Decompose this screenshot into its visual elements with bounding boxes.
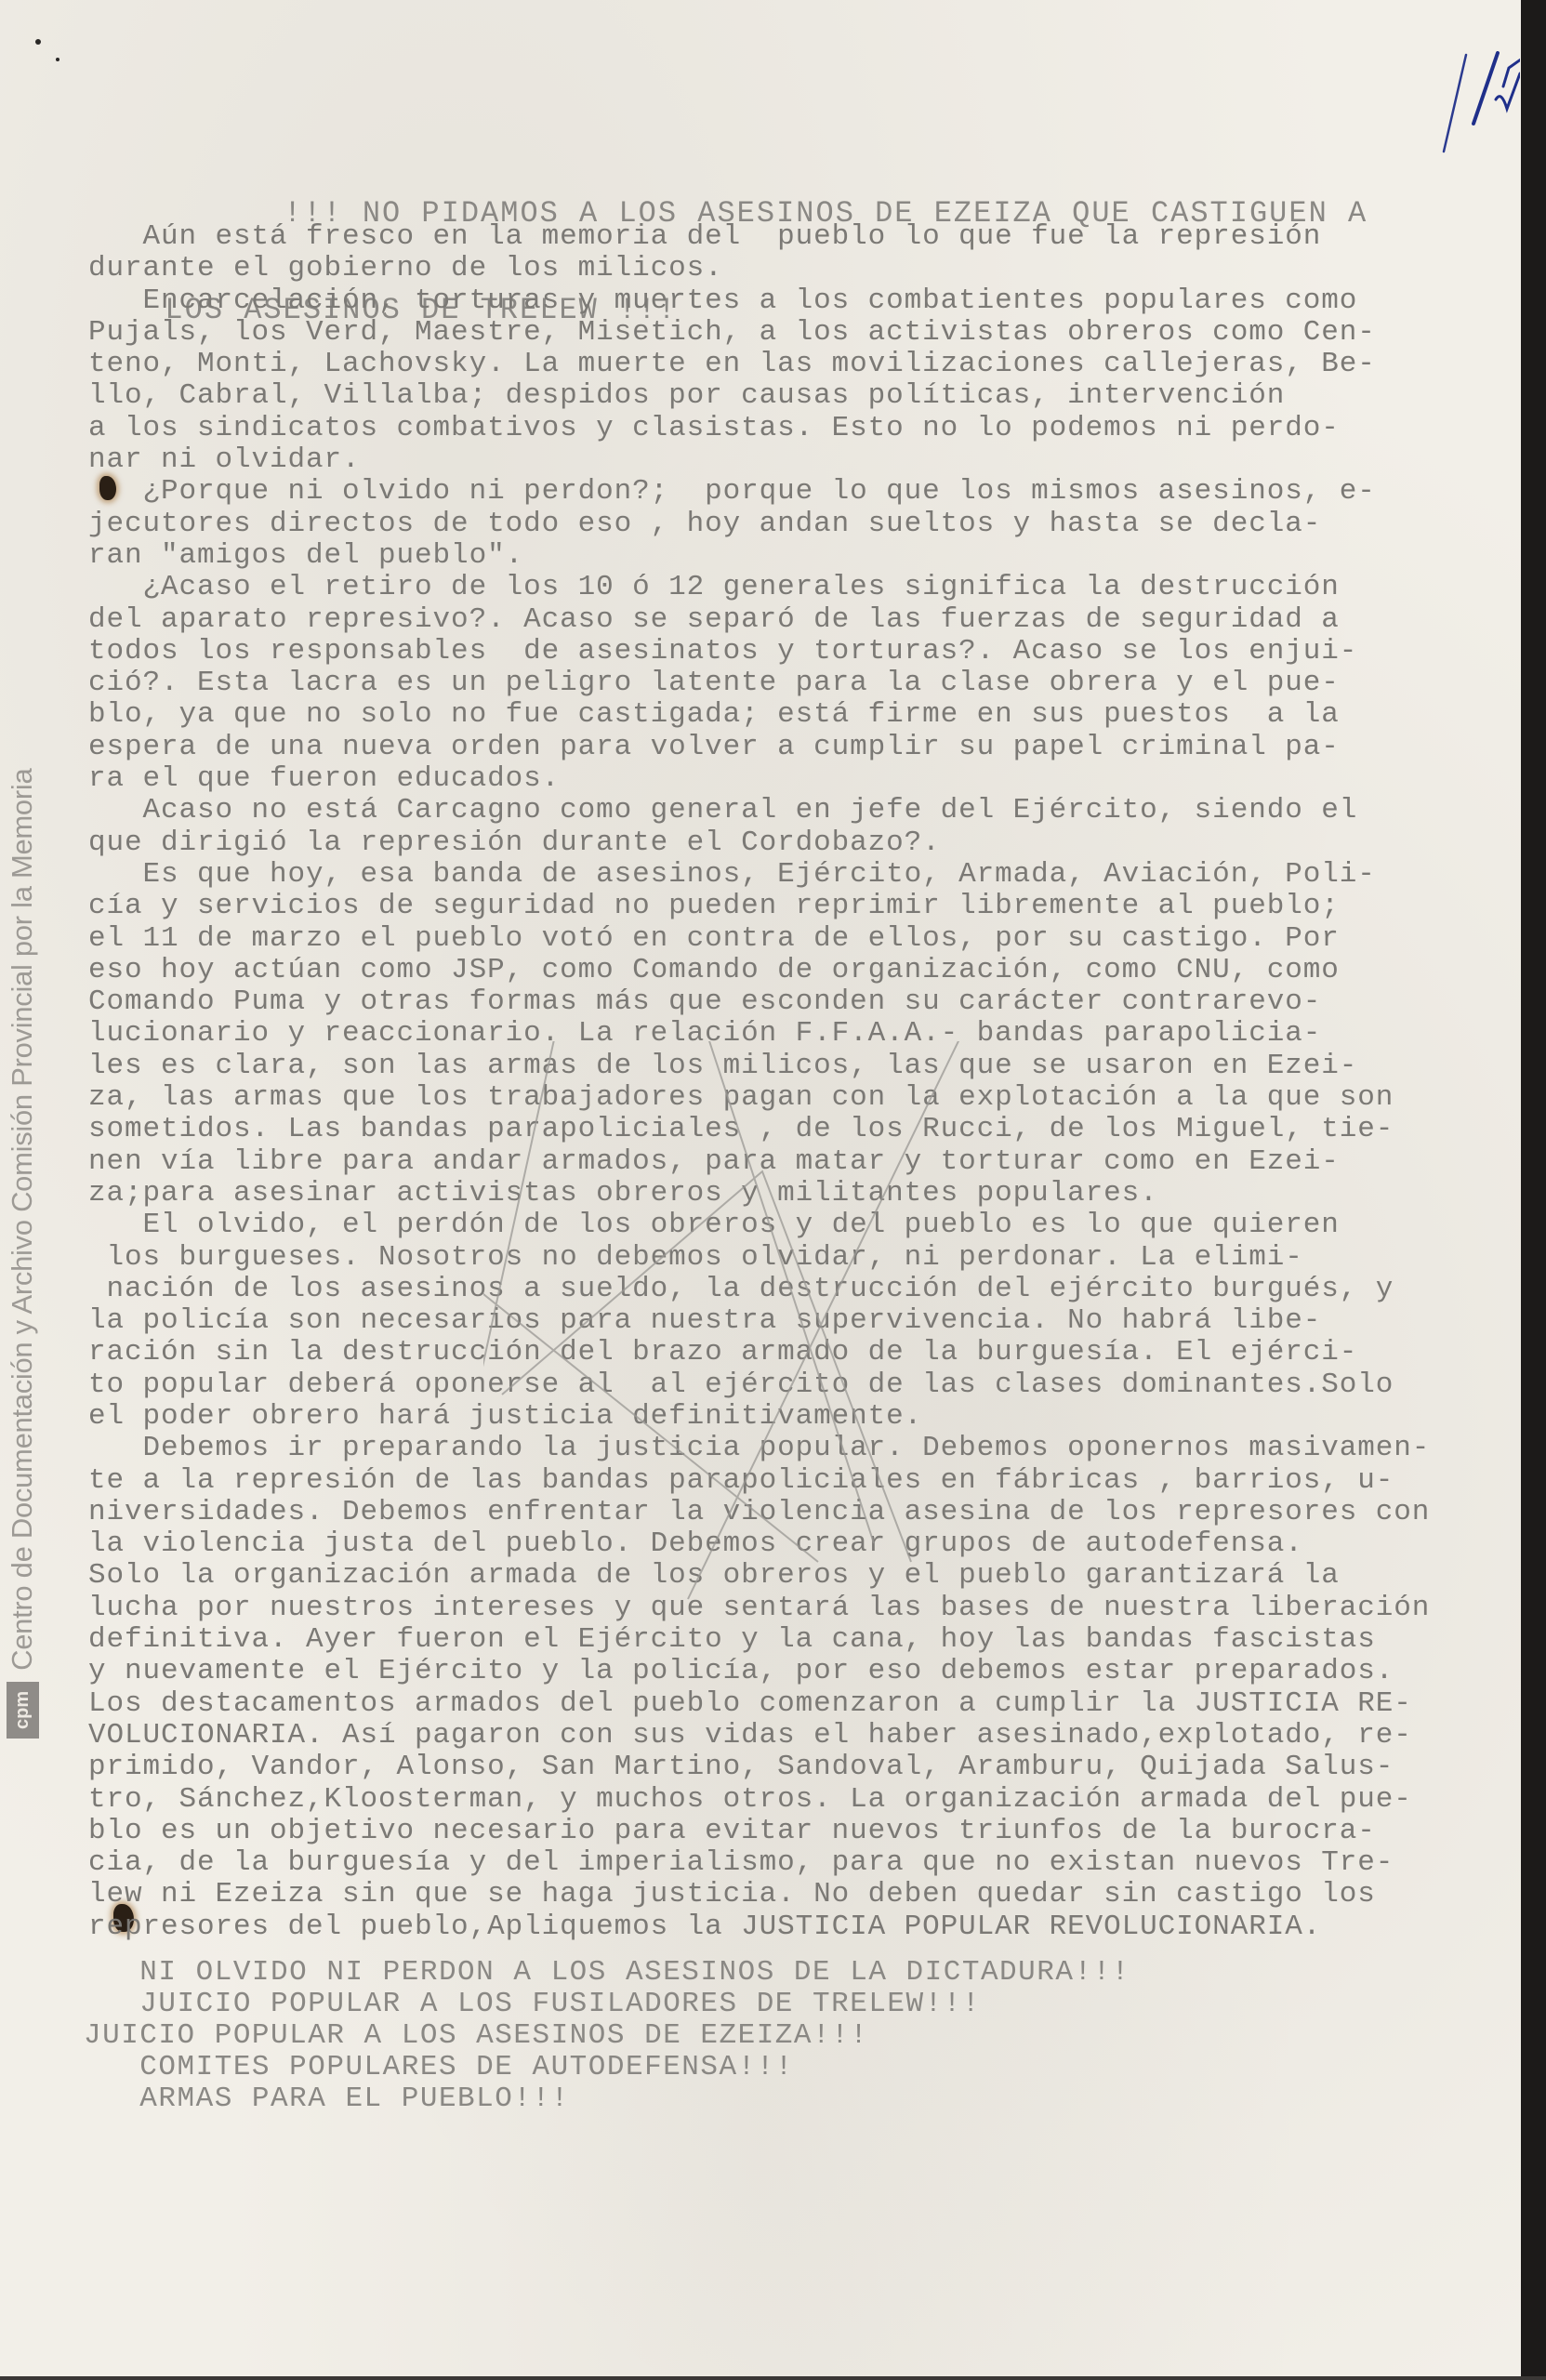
body-text-line: ración sin la destrucción del brazo arma… <box>88 1337 1483 1368</box>
body-text-line: za;para asesinar activistas obreros y mi… <box>88 1178 1483 1210</box>
body-text-line: Debemos ir preparando la justicia popula… <box>88 1433 1483 1464</box>
body-text-line: todos los responsables de asesinatos y t… <box>88 636 1483 668</box>
body-text-line: ran "amigos del pueblo". <box>88 540 1483 572</box>
body-text-line: ció?. Esta lacra es un peligro latente p… <box>88 668 1483 699</box>
body-text-line: llo, Cabral, Villalba; despidos por caus… <box>88 380 1483 412</box>
body-text-line: lucionario y reaccionario. La relación F… <box>88 1018 1483 1050</box>
slogan-line: JUICIO POPULAR A LOS FUSILADORES DE TREL… <box>84 1989 1130 2020</box>
slogan-line: NI OLVIDO NI PERDON A LOS ASESINOS DE LA… <box>84 1957 1130 1989</box>
body-text-line: definitiva. Ayer fueron el Ejército y la… <box>88 1624 1483 1656</box>
body-text-line: nación de los asesinos a sueldo, la dest… <box>88 1274 1483 1305</box>
scan-border-right <box>1521 0 1546 2380</box>
slogan-line: COMITES POPULARES DE AUTODEFENSA!!! <box>84 2052 1130 2083</box>
body-text-line: la policía son necesarios para nuestra s… <box>88 1305 1483 1337</box>
slogan-line: ARMAS PARA EL PUEBLO!!! <box>84 2083 1130 2115</box>
body-text-line: les es clara, son las armas de los milic… <box>88 1051 1483 1082</box>
body-text-line: espera de una nueva orden para volver a … <box>88 732 1483 763</box>
body-text-line: durante el gobierno de los milicos. <box>88 253 1483 284</box>
body-text-line: primido, Vandor, Alonso, San Martino, Sa… <box>88 1752 1483 1783</box>
body-text-line: cía y servicios de seguridad no pueden r… <box>88 891 1483 922</box>
slogan-line: JUICIO POPULAR A LOS ASESINOS DE EZEIZA!… <box>84 2020 1130 2052</box>
body-text-line: Pujals, los Verd, Maestre, Misetich, a l… <box>88 317 1483 349</box>
body-text-line: niversidades. Debemos enfrentar la viole… <box>88 1497 1483 1528</box>
body-text-line: ¿Porque ni olvido ni perdon?; porque lo … <box>88 476 1483 508</box>
cpm-logo: cpm <box>7 1682 39 1739</box>
body-text-line: que dirigió la represión durante el Cord… <box>88 827 1483 859</box>
body-text-line: a los sindicatos combativos y clasistas.… <box>88 413 1483 444</box>
body-text-line: Solo la organización armada de los obrer… <box>88 1560 1483 1592</box>
body-text-line: sometidos. Las bandas parapoliciales , d… <box>88 1114 1483 1145</box>
archive-watermark: cpm Centro de Documentación y Archivo Co… <box>6 769 39 1739</box>
body-text-line: y nuevamente el Ejército y la policía, p… <box>88 1656 1483 1687</box>
body-text-line: cia, de la burguesía y del imperialismo,… <box>88 1847 1483 1879</box>
body-text-line: te a la represión de las bandas parapoli… <box>88 1465 1483 1497</box>
body-text-line: teno, Monti, Lachovsky. La muerte en las… <box>88 349 1483 380</box>
body-text-line: nen vía libre para andar armados, para m… <box>88 1146 1483 1178</box>
body-text-line: el 11 de marzo el pueblo votó en contra … <box>88 923 1483 955</box>
body-text-line: el poder obrero hará justicia definitiva… <box>88 1401 1483 1433</box>
body-text-line: Encarcelación, torturas y muertes a los … <box>88 285 1483 317</box>
body-text-line: Acaso no está Carcagno como general en j… <box>88 795 1483 826</box>
body-text-line: ra el que fueron educados. <box>88 763 1483 795</box>
handwritten-folio-number <box>1418 51 1520 153</box>
body-text-line: to popular deberá oponerse al al ejércit… <box>88 1369 1483 1401</box>
body-text-line: nar ni olvidar. <box>88 444 1483 476</box>
archive-watermark-text: Centro de Documentación y Archivo Comisi… <box>6 769 39 1671</box>
body-text-line: del aparato represivo?. Acaso se separó … <box>88 604 1483 636</box>
body-text-line: los burgueses. Nosotros no debemos olvid… <box>88 1242 1483 1274</box>
document-body: Aún está fresco en la memoria del pueblo… <box>88 221 1483 1943</box>
body-text-line: ¿Acaso el retiro de los 10 ó 12 generale… <box>88 572 1483 603</box>
closing-slogans: NI OLVIDO NI PERDON A LOS ASESINOS DE LA… <box>84 1957 1130 2115</box>
scan-border-bottom <box>0 2376 1546 2380</box>
body-text-line: la violencia justa del pueblo. Debemos c… <box>88 1528 1483 1560</box>
body-text-line: jecutores directos de todo eso , hoy and… <box>88 509 1483 540</box>
body-text-line: lew ni Ezeiza sin que se haga justicia. … <box>88 1879 1483 1911</box>
body-text-line: lucha por nuestros intereses y que senta… <box>88 1593 1483 1624</box>
body-text-line: El olvido, el perdón de los obreros y de… <box>88 1210 1483 1241</box>
body-text-line: blo, ya que no solo no fue castigada; es… <box>88 699 1483 731</box>
body-text-line: eso hoy actúan como JSP, como Comando de… <box>88 955 1483 986</box>
body-text-line: blo es un objetivo necesario para evitar… <box>88 1816 1483 1847</box>
body-text-line: Aún está fresco en la memoria del pueblo… <box>88 221 1483 253</box>
body-text-line: VOLUCIONARIA. Así pagaron con sus vidas … <box>88 1720 1483 1752</box>
body-text-line: za, las armas que los trabajadores pagan… <box>88 1082 1483 1114</box>
body-text-line: Comando Puma y otras formas más que esco… <box>88 986 1483 1018</box>
body-text-line: tro, Sánchez,Kloosterman, y muchos otros… <box>88 1784 1483 1816</box>
body-text-line: represores del pueblo,Apliquemos la JUST… <box>88 1911 1483 1943</box>
body-text-line: Los destacamentos armados del pueblo com… <box>88 1688 1483 1720</box>
body-text-line: Es que hoy, esa banda de asesinos, Ejérc… <box>88 859 1483 891</box>
